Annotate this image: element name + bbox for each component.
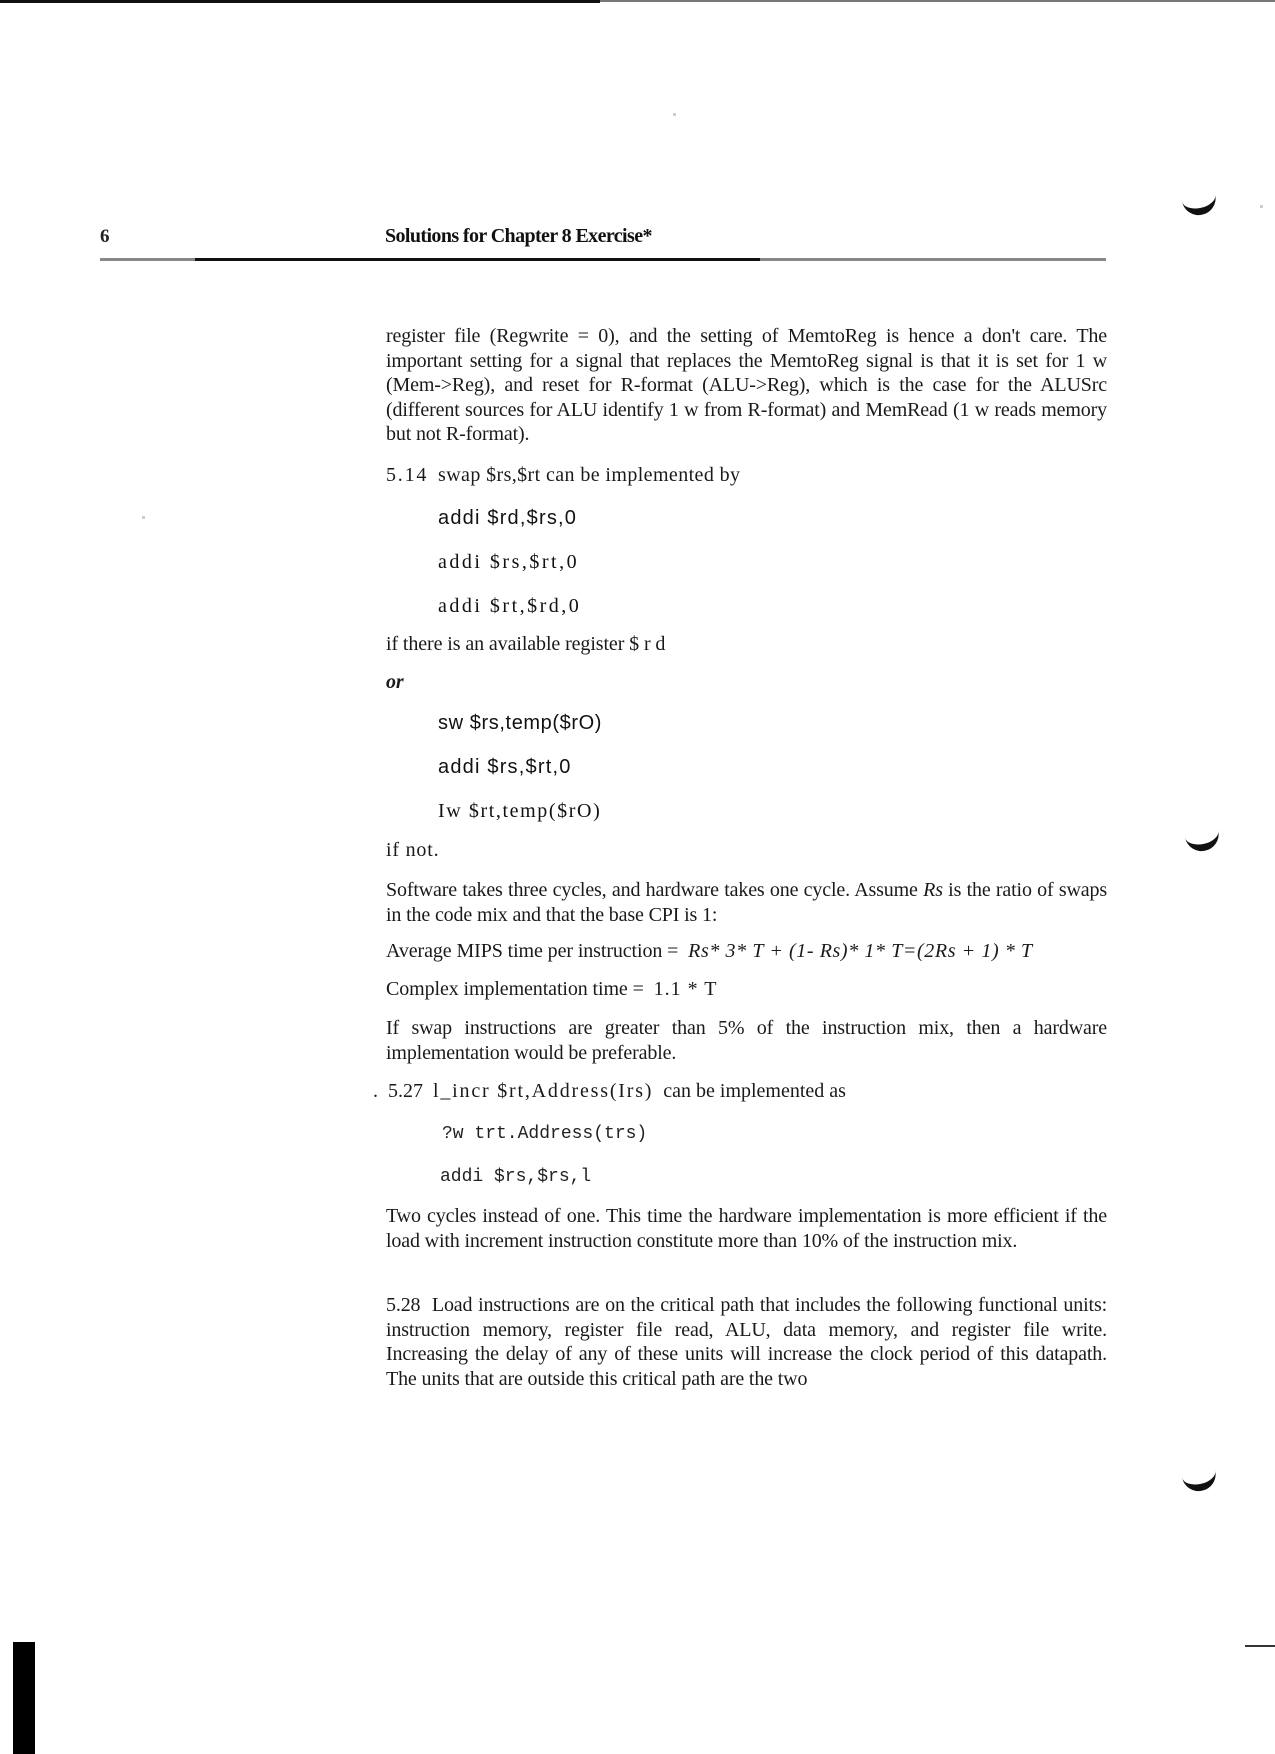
condition-text: if there is an available register $ r d [386,633,665,656]
header-rule-faded [760,258,1106,261]
exercise-5-28-paragraph: 5.28 Load instructions are on the critic… [386,1293,1107,1391]
binding-hole-mark [1181,191,1219,219]
code-line: addi $rs,$rt,0 [438,756,572,779]
exercise-5-14-heading: 5.14 swap $rs,$rt can be implemented by [386,464,740,487]
binding-hole-mark [1184,827,1222,855]
code-line: Iw $rt,temp($rO) [438,800,601,823]
exercise-5-27-heading: . 5.27 l_incr $rt,Address(Irs) can be im… [373,1080,846,1103]
complex-time-equation: Complex implementation time = 1.1 * T [386,978,717,1001]
scan-binding-bar [13,1642,35,1754]
intro-paragraph: register file (Regwrite = 0), and the se… [386,324,1107,447]
running-title: Solutions for Chapter 8 Exercise* [385,225,652,248]
exercise-lead: swap $rs,$rt can be implemented by [438,464,740,486]
conclusion-paragraph: If swap instructions are greater than 5%… [386,1016,1107,1065]
header-rule-faded [100,258,195,261]
binding-hole-mark [1181,1467,1219,1495]
scan-edge-top-gray [600,0,1275,2]
scan-speck [1260,205,1263,208]
analysis-text: Software takes three cycles, and hardwar… [386,879,923,901]
code-line: addi $rd,$rs,0 [438,507,577,530]
equation-formula: Rs* 3* T + (1- Rs)* 1* T=(2Rs + 1) * T [688,940,1033,962]
code-line: addi $rs,$rs,l [440,1167,591,1187]
scan-edge-mark [1245,1645,1275,1647]
scan-speck [673,113,676,116]
condition-text: if not. [386,839,439,862]
variable-rs: Rs [923,879,943,901]
exercise-number: 5.28 [386,1294,420,1316]
or-label: or [386,671,404,694]
equation-label: Complex implementation time = [386,978,649,1000]
page-number: 6 [100,226,110,248]
code-line: addi $rt,$rd,0 [438,595,581,618]
exercise-code: l_incr $rt,Address(Irs) [433,1080,653,1102]
equation-formula: 1.1 * T [654,978,718,1000]
exercise-text: Load instructions are on the critical pa… [386,1294,1107,1390]
code-line: sw $rs,temp($rO) [438,712,602,735]
average-time-equation: Average MIPS time per instruction = Rs* … [386,940,1033,963]
scan-speck [142,516,145,519]
analysis-paragraph: Software takes three cycles, and hardwar… [386,878,1107,927]
exercise-number: 5.14 [386,464,428,486]
code-line: ?w trt.Address(trs) [442,1124,647,1144]
scan-edge-top [0,0,600,3]
conclusion-paragraph: Two cycles instead of one. This time the… [386,1204,1107,1253]
equation-label: Average MIPS time per instruction = [386,940,683,962]
code-line: addi $rs,$rt,0 [438,551,579,574]
exercise-number: 5.27 [388,1080,423,1102]
exercise-lead: can be implemented as [663,1080,846,1102]
bullet-dot: . [373,1080,378,1102]
